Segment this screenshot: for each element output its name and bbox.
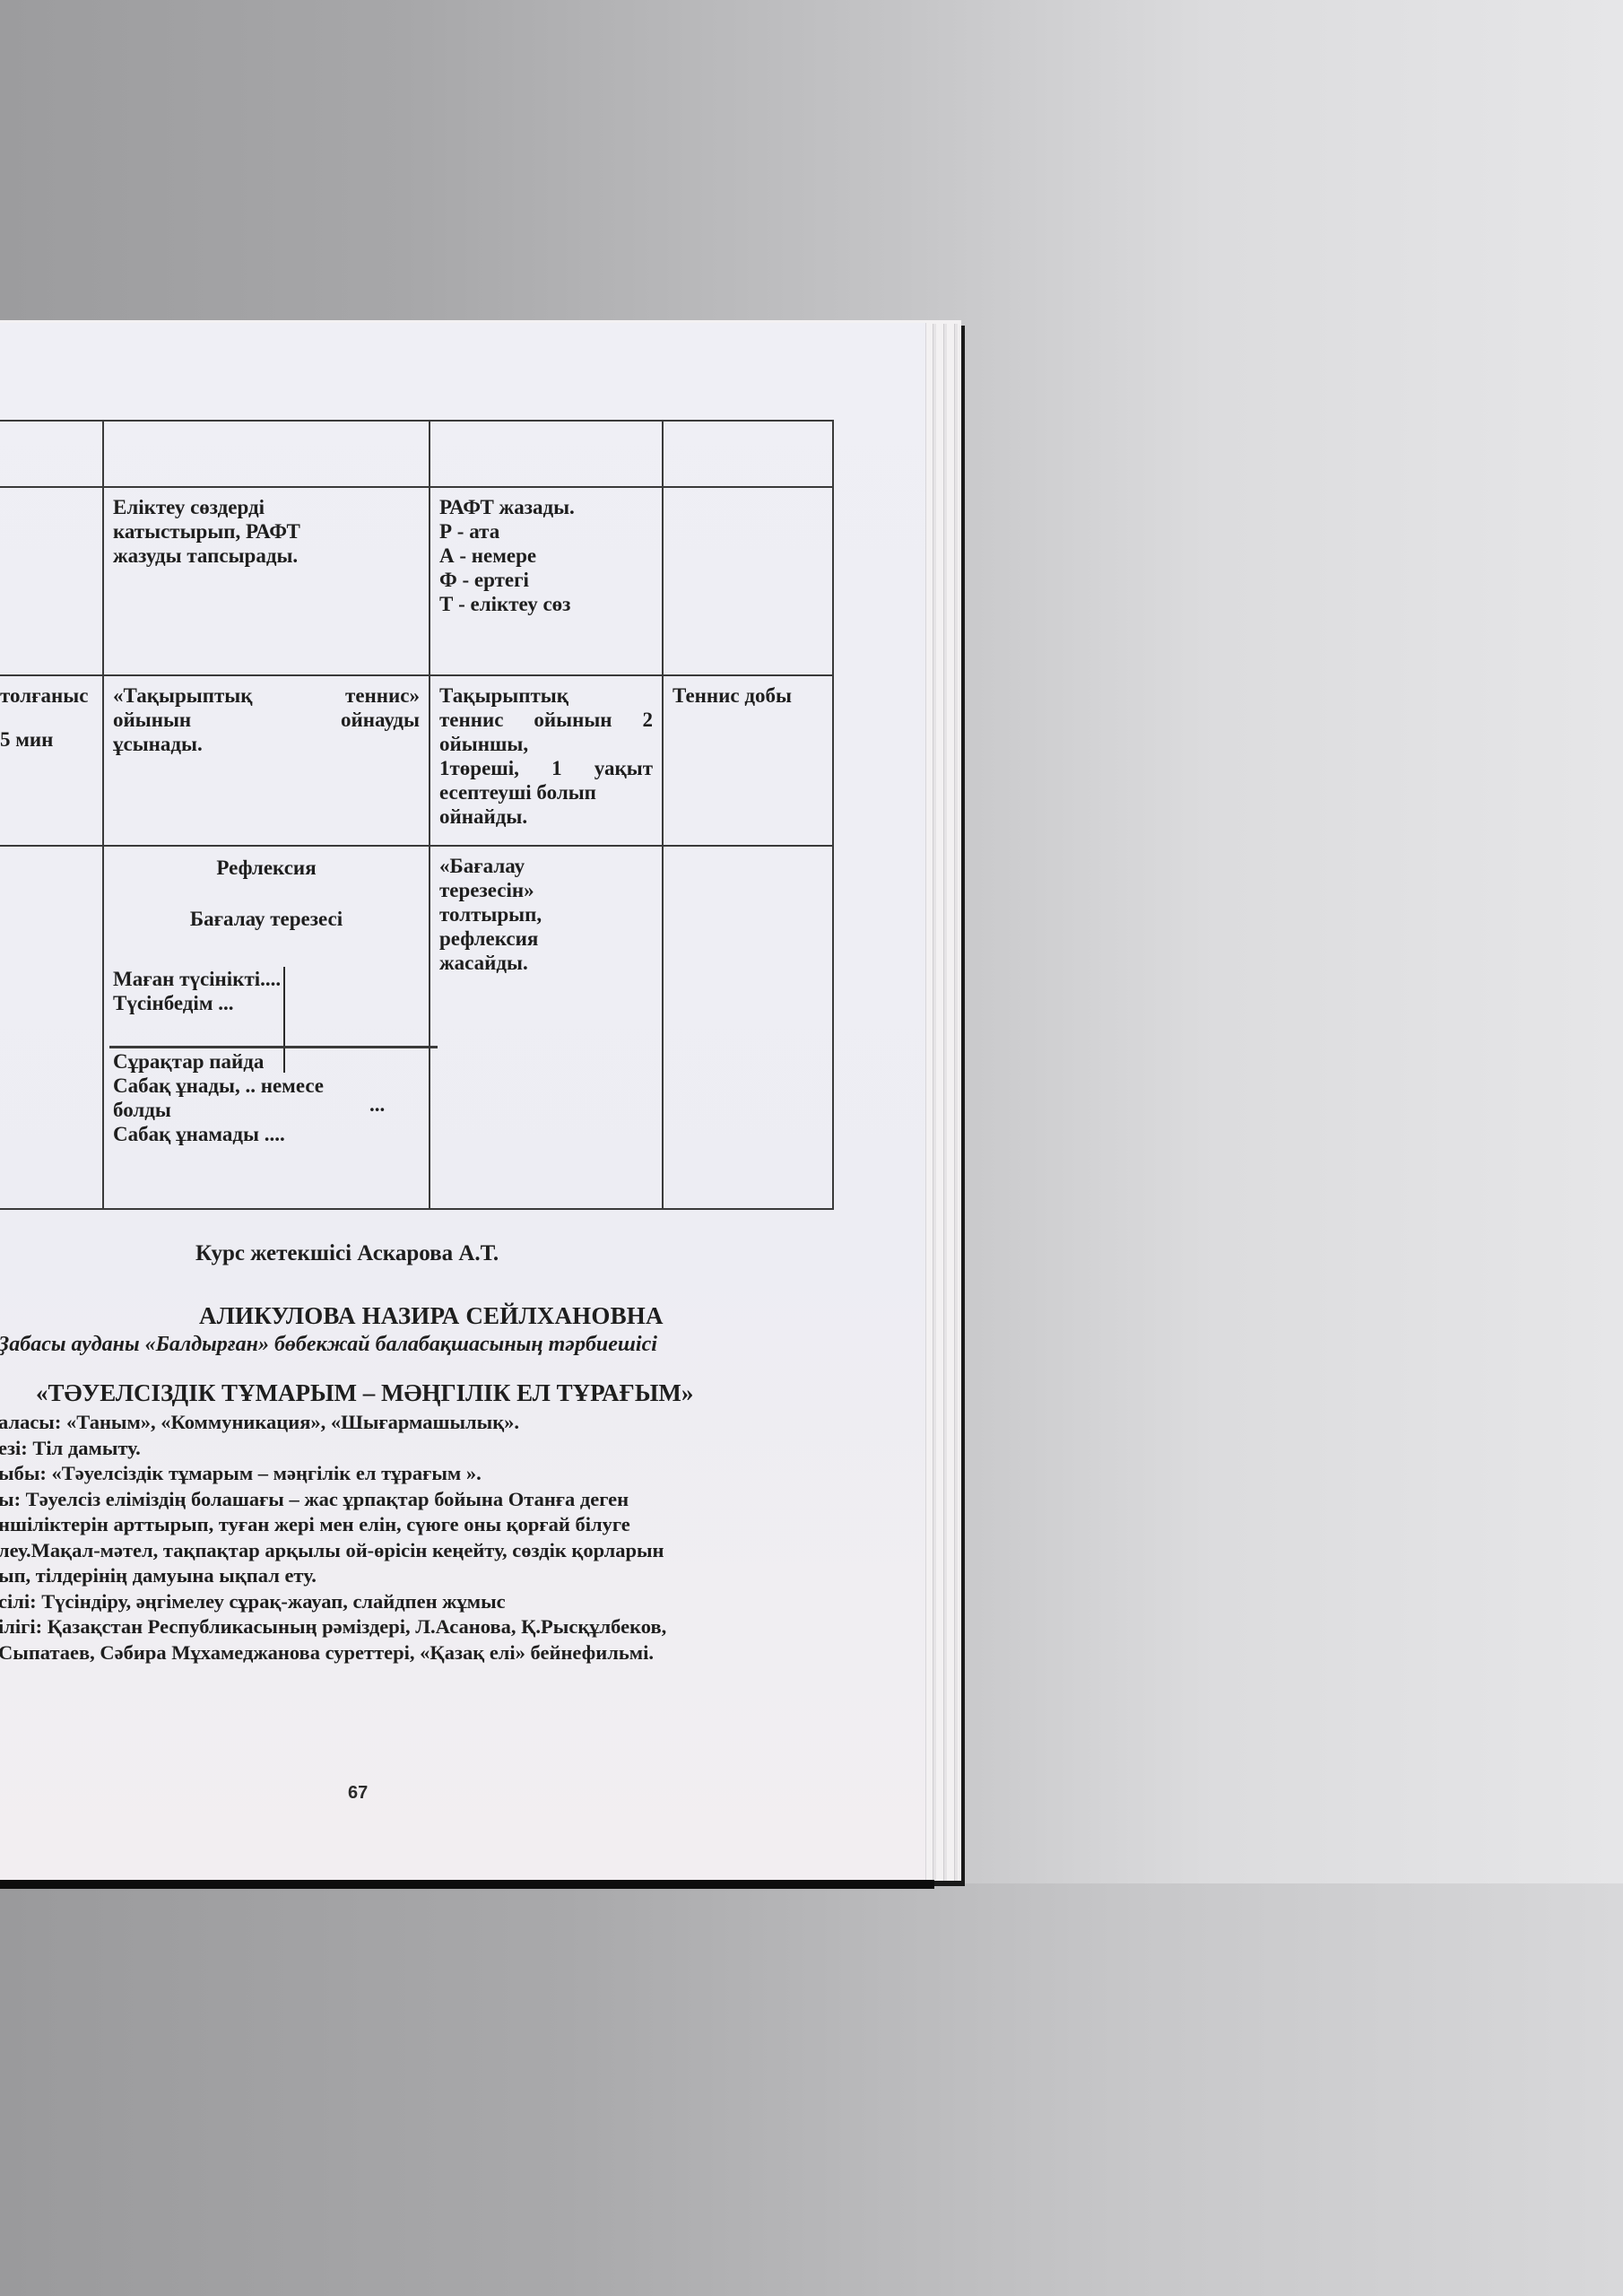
lesson-detail-line: аласы: «Таным», «Коммуникация», «Шығарма… bbox=[0, 1410, 666, 1436]
table-cell bbox=[430, 421, 663, 487]
table-cell-teacher-activity: «Тақырыптық теннис» ойынын ойнауды ұсына… bbox=[103, 675, 430, 846]
lesson-detail-line: ілігі: Қазақстан Республикасының рәмізде… bbox=[0, 1614, 666, 1640]
author-name: АЛИКУЛОВА НАЗИРА СЕЙЛХАНОВНА bbox=[199, 1302, 664, 1330]
lesson-plan-table: Еліктеу сөздерді катыстырып, РАФТ жазуды… bbox=[0, 420, 834, 1210]
lesson-detail-line: ншіліктерін арттырып, туған жері мен елі… bbox=[0, 1512, 666, 1538]
reflection-heading: Рефлексия bbox=[113, 856, 420, 880]
lesson-detail-line: ы: Тәуелсіз еліміздің болашағы – жас ұрп… bbox=[0, 1487, 666, 1513]
cell-text: Т - еліктеу сөз bbox=[439, 592, 653, 616]
cell-text: А - немере bbox=[439, 544, 653, 568]
table-row: толғаныс 5 мин «Тақырыптық теннис» ойыны… bbox=[0, 675, 833, 846]
cell-text: Р - ата bbox=[439, 519, 653, 544]
cell-text: Тақырыптық bbox=[439, 683, 653, 708]
page-edge bbox=[943, 324, 947, 1881]
reflection-option: Сабақ ұнамады .... bbox=[113, 1122, 420, 1146]
lesson-detail-line: езі: Тіл дамыту. bbox=[0, 1436, 666, 1462]
cell-text: катыстырып, РАФТ bbox=[113, 519, 420, 544]
cell-text: Еліктеу сөздерді bbox=[113, 495, 420, 519]
table-cell bbox=[0, 421, 103, 487]
table-cell-child-activity: «Бағалау терезесін» толтырып, рефлексия … bbox=[430, 846, 663, 1209]
cell-text: есептеуші болып bbox=[439, 780, 653, 804]
cell-text: жазуды тапсырады. bbox=[113, 544, 420, 568]
table-cell-resources bbox=[663, 846, 833, 1209]
page-bottom-shadow bbox=[0, 1880, 934, 1889]
page-edge bbox=[933, 324, 936, 1881]
lesson-details: аласы: «Таным», «Коммуникация», «Шығарма… bbox=[0, 1410, 666, 1665]
reflection-option: Маған түсінікті.... bbox=[113, 967, 420, 991]
table-cell-resources bbox=[663, 487, 833, 675]
reflection-subheading: Бағалау терезесі bbox=[113, 907, 420, 931]
cell-text: толғаныс bbox=[0, 683, 93, 708]
cell-text: теннис ойынын 2 bbox=[439, 708, 653, 732]
course-supervisor: Курс жетекшісі Аскарова А.Т. bbox=[195, 1241, 499, 1266]
lesson-detail-line: ып, тілдерінің дамуына ықпал ету. bbox=[0, 1563, 666, 1589]
table-row: Рефлексия Бағалау терезесі Маған түсінік… bbox=[0, 846, 833, 1209]
cell-text: Ф - ертегі bbox=[439, 568, 653, 592]
table-row bbox=[0, 421, 833, 487]
cell-text: «Бағалау bbox=[439, 854, 653, 878]
cell-text: рефлексия bbox=[439, 926, 653, 951]
cell-text: толтырып, bbox=[439, 902, 653, 926]
lesson-title: «ТӘУЕЛСІЗДІК ТҰМАРЫМ – МӘҢГІЛІК ЕЛ ТҰРАҒ… bbox=[36, 1379, 693, 1407]
table-cell-reflection: Рефлексия Бағалау терезесі Маған түсінік… bbox=[103, 846, 430, 1209]
cell-text: ойыншы, bbox=[439, 732, 653, 756]
lesson-detail-line: леу.Мақал-мәтел, тақпақтар арқылы ой-өрі… bbox=[0, 1538, 666, 1564]
cell-text: «Тақырыптық теннис» bbox=[113, 683, 420, 708]
table-cell bbox=[0, 487, 103, 675]
lesson-detail-line: сілі: Түсіндіру, әңгімелеу сұрақ-жауап, … bbox=[0, 1589, 666, 1615]
cell-text: ойынын ойнауды bbox=[113, 708, 420, 732]
reflection-option: Сұрақтар пайда bbox=[113, 1049, 420, 1074]
desk-background bbox=[0, 1883, 1623, 2296]
cell-text: терезесін» bbox=[439, 878, 653, 902]
table-cell-child-activity: РАФТ жазады. Р - ата А - немере Ф - ерте… bbox=[430, 487, 663, 675]
cell-text: жасайды. bbox=[439, 951, 653, 975]
cell-text: Теннис добы bbox=[673, 683, 823, 708]
table-row: Еліктеу сөздерді катыстырып, РАФТ жазуды… bbox=[0, 487, 833, 675]
table-cell-teacher-activity: Еліктеу сөздерді катыстырып, РАФТ жазуды… bbox=[103, 487, 430, 675]
page-number: 67 bbox=[348, 1783, 368, 1804]
cell-text: 1төреші, 1 уақыт bbox=[439, 756, 653, 780]
table-cell-stage: толғаныс 5 мин bbox=[0, 675, 103, 846]
table-cell bbox=[103, 421, 430, 487]
ellipsis: ... bbox=[369, 1092, 385, 1117]
reflection-divider-horizontal bbox=[109, 1046, 438, 1048]
cell-text: 5 мин bbox=[0, 727, 93, 752]
author-organization: Ҙабасы ауданы «Балдырған» бөбекжай балаб… bbox=[0, 1333, 657, 1357]
table-cell-child-activity: Тақырыптық теннис ойынын 2 ойыншы, 1төре… bbox=[430, 675, 663, 846]
lesson-detail-line: ыбы: «Тәуелсіздік тұмарым – мәңгілік ел … bbox=[0, 1461, 666, 1487]
reflection-window: Рефлексия Бағалау терезесі Маған түсінік… bbox=[113, 856, 420, 1146]
table-cell bbox=[0, 846, 103, 1209]
table-cell-resources: Теннис добы bbox=[663, 675, 833, 846]
reflection-option: Түсінбедім ... bbox=[113, 991, 420, 1015]
table-cell bbox=[663, 421, 833, 487]
cell-text: РАФТ жазады. bbox=[439, 495, 653, 519]
reflection-option: болды ... bbox=[113, 1098, 420, 1122]
cell-text: ойнайды. bbox=[439, 804, 653, 829]
cell-text: ұсынады. bbox=[113, 732, 420, 756]
reflection-divider-vertical bbox=[283, 967, 285, 1073]
lesson-detail-line: Сыпатаев, Сәбира Мұхамеджанова суреттері… bbox=[0, 1640, 666, 1666]
page-edge bbox=[954, 324, 958, 1881]
